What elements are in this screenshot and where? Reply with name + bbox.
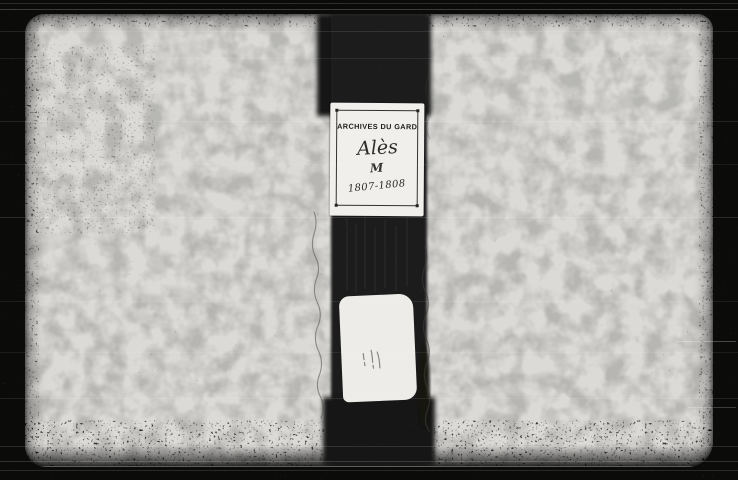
book-cover: ARCHIVES DU GARD Alès M 1807-1808 bbox=[25, 14, 713, 467]
label-series: M bbox=[370, 161, 384, 176]
archive-label: ARCHIVES DU GARD Alès M 1807-1808 bbox=[330, 103, 425, 217]
label-border-corner bbox=[335, 109, 338, 112]
patch-marks bbox=[339, 293, 418, 402]
label-border-corner bbox=[335, 204, 338, 207]
label-years: 1807-1808 bbox=[347, 178, 406, 195]
label-border-corner bbox=[416, 204, 419, 207]
label-title: Alès bbox=[356, 136, 398, 160]
paper-patch bbox=[339, 293, 418, 402]
scanned-register-photo: ARCHIVES DU GARD Alès M 1807-1808 bbox=[0, 0, 738, 480]
label-border: ARCHIVES DU GARD Alès M 1807-1808 bbox=[336, 110, 419, 207]
label-archive-name: ARCHIVES DU GARD bbox=[337, 122, 417, 132]
label-border-corner bbox=[416, 109, 419, 112]
